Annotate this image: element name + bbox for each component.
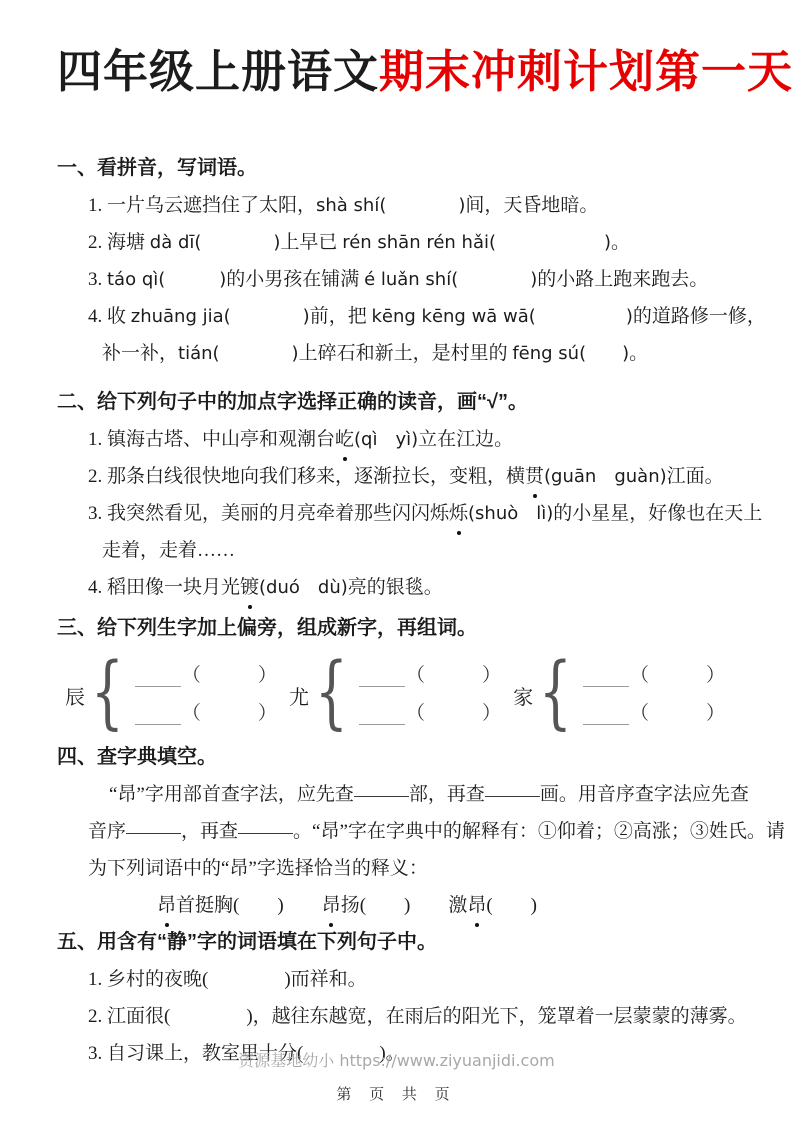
section-4-heading: 四、查字典填空。 <box>57 739 753 776</box>
text-segment: (qì yì) <box>354 429 418 450</box>
text-segment: 1. 一片乌云遮挡住了太阳， <box>88 195 316 216</box>
page-title: 四年级上册语文期末冲刺计划第一天 <box>57 44 753 100</box>
answer-rows: （ ） （ ） <box>135 665 277 725</box>
question-line: 3. 我突然看见，美丽的月亮牵着那些闪闪烁烁(shuò lì)的小星星，好像也在… <box>57 495 753 532</box>
radical-group-you: 尤 { （ ） （ ） <box>289 653 501 737</box>
question-line-wrap: 补一补，tián( )上碎石和新土，是村里的 fēng sú( )。 <box>57 335 753 372</box>
base-character: 家 <box>513 681 533 710</box>
text-segment: 2. 那条白线很快地向我们移来，逐渐拉长，变粗，横 <box>88 466 525 487</box>
answer-row: （ ） <box>135 665 277 687</box>
question-line: 1. 乡村的夜晚( )而祥和。 <box>57 961 753 998</box>
section-1-heading: 一、看拼音，写词语。 <box>57 150 753 187</box>
answer-row: （ ） <box>135 703 277 725</box>
section-2-heading: 二、给下列句子中的加点字选择正确的读音，画“√”。 <box>57 384 753 421</box>
title-grade-part: 四年级上册语文 <box>57 46 379 97</box>
word-parens: （ ） <box>406 665 501 687</box>
text-segment: “昂”字用部首查字法，应先查 <box>109 784 354 805</box>
text-segment: 扬( ) 激 <box>341 895 468 916</box>
text-segment: 上早已 <box>280 232 342 253</box>
text-segment: 音序 <box>88 821 126 842</box>
answer-blank <box>135 667 181 687</box>
text-segment: (guān guàn) <box>544 466 667 487</box>
text-segment: 走着，走着…… <box>102 540 235 561</box>
fill-blank <box>354 776 409 797</box>
footer-page-number: 第 页 共 页 <box>0 1085 793 1105</box>
title-plan-part: 期末冲刺计划第一天 <box>379 46 793 97</box>
brace-icon: { <box>315 652 348 732</box>
text-segment: 。“昂”字在字典中的解释有：①仰着；②高涨；③姓氏。请 <box>293 821 785 842</box>
word-parens: （ ） <box>406 703 501 725</box>
worksheet-page: 四年级上册语文期末冲刺计划第一天 一、看拼音，写词语。 1. 一片乌云遮挡住了太… <box>0 0 793 1122</box>
text-segment: ，再查 <box>181 821 238 842</box>
section-3-heading: 三、给下列生字加上偏旁，组成新字，再组词。 <box>57 610 753 647</box>
text-segment: 1. 乡村的夜晚( )而祥和。 <box>88 969 367 990</box>
text-segment: 亮的银毯。 <box>348 577 443 598</box>
text-segment: 部，再查 <box>409 784 485 805</box>
text-segment: 。 <box>629 343 648 364</box>
answer-row: （ ） <box>359 665 501 687</box>
text-segment: 的道路修一修， <box>633 306 766 327</box>
answer-blank <box>583 667 629 687</box>
question-line: 2. 海塘 dà dī( )上早已 rén shān rén hǎi( )。 <box>57 224 753 261</box>
text-segment: 的小路上跑来跑去。 <box>537 269 708 290</box>
text-segment: dà dī( ) <box>150 232 281 253</box>
text-segment: rén shān rén hǎi( ) <box>342 232 611 253</box>
dotted-character: 昂 <box>322 887 341 924</box>
text-segment: 2. 江面很( )，越往东越宽，在雨后的阳光下，笼罩着一层蒙蒙的薄雾。 <box>88 1006 747 1027</box>
radical-groups: 辰 { （ ） （ ） 尤 { （ ） （ ） <box>57 647 753 739</box>
section-pinyin-words: 一、看拼音，写词语。 1. 一片乌云遮挡住了太阳，shà shí( )间，天昏地… <box>57 150 753 372</box>
text-segment: é luǎn shí( ) <box>364 269 537 290</box>
answer-blank <box>359 667 405 687</box>
answer-rows: （ ） （ ） <box>359 665 501 725</box>
fill-blank <box>485 776 540 797</box>
radical-group-jia: 家 { （ ） （ ） <box>513 653 725 737</box>
text-segment: 补一补， <box>102 343 178 364</box>
text-segment: (shuò lì) <box>468 503 553 524</box>
question-line: 1. 镇海古塔、中山亭和观潮台屹(qì yì)立在江边。 <box>57 421 753 458</box>
text-segment: 的小男孩在铺满 <box>226 269 364 290</box>
text-segment: (duó dù) <box>259 577 348 598</box>
word-parens: （ ） <box>630 703 725 725</box>
fill-blank <box>126 813 181 834</box>
text-segment: 1. 镇海古塔、中山亭和观潮台 <box>88 429 335 450</box>
dotted-character: 屹 <box>335 421 354 458</box>
section-5-heading: 五、用含有“静”字的词语填在下列句子中。 <box>57 924 753 961</box>
word-parens: （ ） <box>182 665 277 687</box>
text-segment: 的小星星，好像也在天上 <box>553 503 762 524</box>
text-segment: 。 <box>611 232 630 253</box>
dotted-character: 贯 <box>525 458 544 495</box>
text-segment: 前，把 <box>310 306 372 327</box>
text-segment: 2. 海塘 <box>88 232 150 253</box>
text-segment: shà shí( ) <box>316 195 465 216</box>
brace-icon: { <box>539 652 572 732</box>
dotted-character: 昂 <box>467 887 486 924</box>
answer-blank <box>583 705 629 725</box>
section-add-radicals: 三、给下列生字加上偏旁，组成新字，再组词。 辰 { （ ） （ ） 尤 { （ … <box>57 610 753 739</box>
question-line: 4. 收 zhuāng jia( )前，把 kēng kēng wā wā( )… <box>57 298 753 335</box>
base-character: 尤 <box>289 681 309 710</box>
answer-row: （ ） <box>359 703 501 725</box>
dotted-character: 烁 <box>449 495 468 532</box>
answer-row: （ ） <box>583 703 725 725</box>
text-segment: 3. <box>88 269 107 290</box>
answer-row: （ ） <box>583 665 725 687</box>
text-segment: 画。用音序查字法应先查 <box>540 784 749 805</box>
answer-blank <box>359 705 405 725</box>
word-parens: （ ） <box>182 703 277 725</box>
answer-rows: （ ） （ ） <box>583 665 725 725</box>
text-segment: 4. 稻田像一块月光 <box>88 577 240 598</box>
question-line: 3. táo qì( )的小男孩在铺满 é luǎn shí( )的小路上跑来跑… <box>57 261 753 298</box>
question-line: 2. 江面很( )，越往东越宽，在雨后的阳光下，笼罩着一层蒙蒙的薄雾。 <box>57 998 753 1035</box>
word-parens: （ ） <box>630 665 725 687</box>
text-segment: 为下列词语中的“昂”字选择恰当的释义： <box>88 858 428 879</box>
radical-group-chen: 辰 { （ ） （ ） <box>65 653 277 737</box>
text-segment: táo qì( ) <box>107 269 226 290</box>
text-segment: 立在江边。 <box>418 429 513 450</box>
question-line-wrap: 走着，走着…… <box>57 532 753 569</box>
dotted-character: 昂 <box>157 887 176 924</box>
text-segment: 间，天昏地暗。 <box>465 195 598 216</box>
fill-blank <box>238 813 293 834</box>
question-line: 1. 一片乌云遮挡住了太阳，shà shí( )间，天昏地暗。 <box>57 187 753 224</box>
section-choose-pronunciation: 二、给下列句子中的加点字选择正确的读音，画“√”。 1. 镇海古塔、中山亭和观潮… <box>57 384 753 606</box>
footer-site-text: 资源基地幼小 https://www.ziyuanjidi.com <box>0 1050 793 1072</box>
text-segment: 3. 我突然看见，美丽的月亮牵着那些闪闪烁 <box>88 503 449 524</box>
question-line: 2. 那条白线很快地向我们移来，逐渐拉长，变粗，横贯(guān guàn)江面。 <box>57 458 753 495</box>
section-dictionary-lookup: 四、查字典填空。 “昂”字用部首查字法，应先查 部，再查 画。用音序查字法应先查… <box>57 739 753 924</box>
brace-icon: { <box>91 652 124 732</box>
question-line: 4. 稻田像一块月光镀(duó dù)亮的银毯。 <box>57 569 753 606</box>
text-segment: 4. 收 <box>88 306 131 327</box>
base-character: 辰 <box>65 681 85 710</box>
text-segment: zhuāng jia( ) <box>131 306 310 327</box>
text-segment: fēng sú( ) <box>512 343 629 364</box>
text-segment: 首挺胸( ) <box>176 895 322 916</box>
answer-blank <box>135 705 181 725</box>
dotted-character: 镀 <box>240 569 259 606</box>
meaning-choice-line: 昂首挺胸( ) 昂扬( ) 激昂( ) <box>57 887 753 924</box>
paragraph-line: 为下列词语中的“昂”字选择恰当的释义： <box>57 850 753 887</box>
text-segment: kēng kēng wā wā( ) <box>371 306 632 327</box>
paragraph-line: 音序 ，再查 。“昂”字在字典中的解释有：①仰着；②高涨；③姓氏。请 <box>57 813 753 850</box>
text-segment: 上碎石和新土，是村里的 <box>299 343 513 364</box>
text-segment: 江面。 <box>667 466 724 487</box>
worksheet-content: 四年级上册语文期末冲刺计划第一天 一、看拼音，写词语。 1. 一片乌云遮挡住了太… <box>0 44 793 1072</box>
paragraph-line: “昂”字用部首查字法，应先查 部，再查 画。用音序查字法应先查 <box>57 776 753 813</box>
text-segment: ( ) <box>486 895 537 916</box>
text-segment: tián( ) <box>178 343 299 364</box>
